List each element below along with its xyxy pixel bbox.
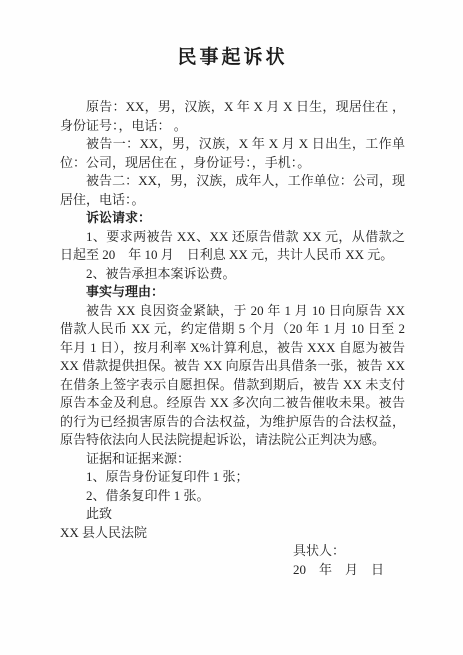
facts-heading: 事实与理由： (60, 283, 405, 302)
claim-item-2: 2、被告承担本案诉讼费。 (60, 265, 405, 284)
facts-body: 被告 XX 良因资金紧缺，于 20 年 1 月 10 日向原告 XX 借款人民币… (60, 302, 405, 450)
plaintiff-info: 原告：XX，男，汉族，X 年 X 月 X 日生，现居住在 ，身份证号：，电话： … (60, 98, 405, 135)
signature-block: 具状人： 20 年 月 日 (293, 542, 405, 579)
evidence-item-2: 2、借条复印件 1 张。 (60, 487, 405, 506)
salutation: 此致 (60, 505, 405, 524)
signature-label: 具状人： (293, 542, 405, 561)
claim-item-1: 1、要求两被告 XX、XX 还原告借款 XX 元，从借款之日起至 20 年 10… (60, 228, 405, 265)
complaint-document: 民事起诉状 原告：XX，男，汉族，X 年 X 月 X 日生，现居住在 ，身份证号… (0, 0, 463, 655)
date-line: 20 年 月 日 (293, 561, 405, 580)
defendant1-info: 被告一：XX，男，汉族，X 年 X 月 X 日出生，工作单位：公司，现居住在 ，… (60, 135, 405, 172)
evidence-heading: 证据和证据来源： (60, 450, 405, 469)
evidence-item-1: 1、原告身份证复印件 1 张； (60, 468, 405, 487)
court-name: XX 县人民法院 (60, 524, 405, 543)
document-title: 民事起诉状 (60, 44, 405, 71)
defendant2-info: 被告二：XX，男，汉族，成年人，工作单位：公司，现居住，电话：。 (60, 172, 405, 209)
claims-heading: 诉讼请求： (60, 209, 405, 228)
